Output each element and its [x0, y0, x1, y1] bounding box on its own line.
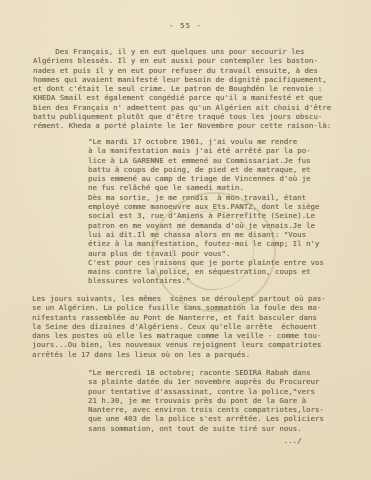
text-line: se un Algérien. La police fusille sans s…: [32, 303, 326, 312]
text-line: Les jours suivants, les mêmes scènes se …: [32, 294, 326, 303]
text-line: battu à coups de poing, de pied et de ma…: [88, 165, 324, 174]
text-line: employé comme manoeuvre aux Ets.PANTZ, d…: [88, 202, 324, 211]
text-line: mains contre la police, en séquestration…: [88, 267, 324, 276]
text-line: ne fus relâché que le samedi matin.: [88, 183, 324, 192]
text-line: pour tentative d'assassinat, contre la p…: [88, 387, 324, 396]
scanned-document-page: - 55 - Des Français, il y en eut quelque…: [0, 0, 371, 480]
text-line: lice à LA GARENNE et emmené au Commissar…: [88, 156, 324, 165]
text-line: Dès ma sortie, je me rendis à mon travai…: [88, 193, 324, 202]
paragraph-2: Les jours suivants, les mêmes scènes se …: [32, 294, 326, 359]
text-line: "Le mardi 17 octobre 1961, j'ai voulu me…: [88, 137, 324, 146]
paragraph-1: Des Français, il y en eut quelques uns p…: [33, 47, 331, 131]
text-line: nades et puis il y en eut pour refuser d…: [33, 66, 331, 75]
text-line: aura plus de travail pour vous".: [88, 249, 324, 258]
continuation-mark: .../: [284, 436, 302, 445]
text-line: étiez à la manifestation, foutez-moi le …: [88, 239, 324, 248]
text-line: patron en me voyant me demanda d'où je v…: [88, 221, 324, 230]
text-line: blessures volontaires.": [88, 276, 324, 285]
text-line: que une 403 de la police s'est arrêtée. …: [88, 414, 324, 423]
text-line: nifestants rassemblée au Pont de Nanterr…: [32, 313, 326, 322]
text-line: et dont c'était le seul crime. Le patron…: [33, 84, 331, 93]
text-line: Des Français, il y en eut quelques uns p…: [33, 47, 331, 56]
text-line: 21 h.30, je me trouvais près du pont de …: [88, 396, 324, 405]
text-line: Nanterre, avec environ trois cents compa…: [88, 405, 324, 414]
text-line: bien des Français n' admettent pas qu'un…: [33, 103, 331, 112]
text-line: la Seine des dizaines d'Algériens. Ceux …: [32, 322, 326, 331]
text-line: lui ai dit.Il me chassa alors en me disa…: [88, 230, 324, 239]
text-line: social est 3, rue d'Amiens à Pierrefitte…: [88, 211, 324, 220]
text-line: arrêtés le 17 dans les lieux où on les a…: [32, 350, 326, 359]
text-line: puis emmené au camp de triage de Vincenn…: [88, 174, 324, 183]
text-line: jours...Ou bien, les nouveaux venus rejo…: [32, 340, 326, 349]
text-line: sa plainte datée du 1er novembre auprès …: [88, 377, 324, 386]
text-line: "Le mercredi 18 octobre; raconte SEDIRA …: [88, 368, 324, 377]
text-line: dans les postes où elle les matraque com…: [32, 331, 326, 340]
text-line: à la manifestation mais j'ai été arrêté …: [88, 146, 324, 155]
text-line: rément. Kheda a porté plainte le 1er Nov…: [33, 121, 331, 130]
text-line: KHEDA Smail est également congédié parce…: [33, 93, 331, 102]
typed-quote-complaint-sedira: "Le mercredi 18 octobre; raconte SEDIRA …: [88, 368, 324, 442]
page-number: - 55 -: [0, 21, 371, 30]
text-line: Algériens blessés. Il y en eut aussi pou…: [33, 56, 331, 65]
text-line: hommes qui avaient manifesté leur besoin…: [33, 75, 331, 84]
text-line: sans sommation, ont tout de suite tiré s…: [88, 424, 324, 433]
text-line: battu publiquement plutôt que d'être tra…: [33, 112, 331, 121]
typed-quote-complaint-kheda: "Le mardi 17 octobre 1961, j'ai voulu me…: [88, 137, 324, 286]
text-line: C'est pour ces raisons que je porte plai…: [88, 258, 324, 267]
